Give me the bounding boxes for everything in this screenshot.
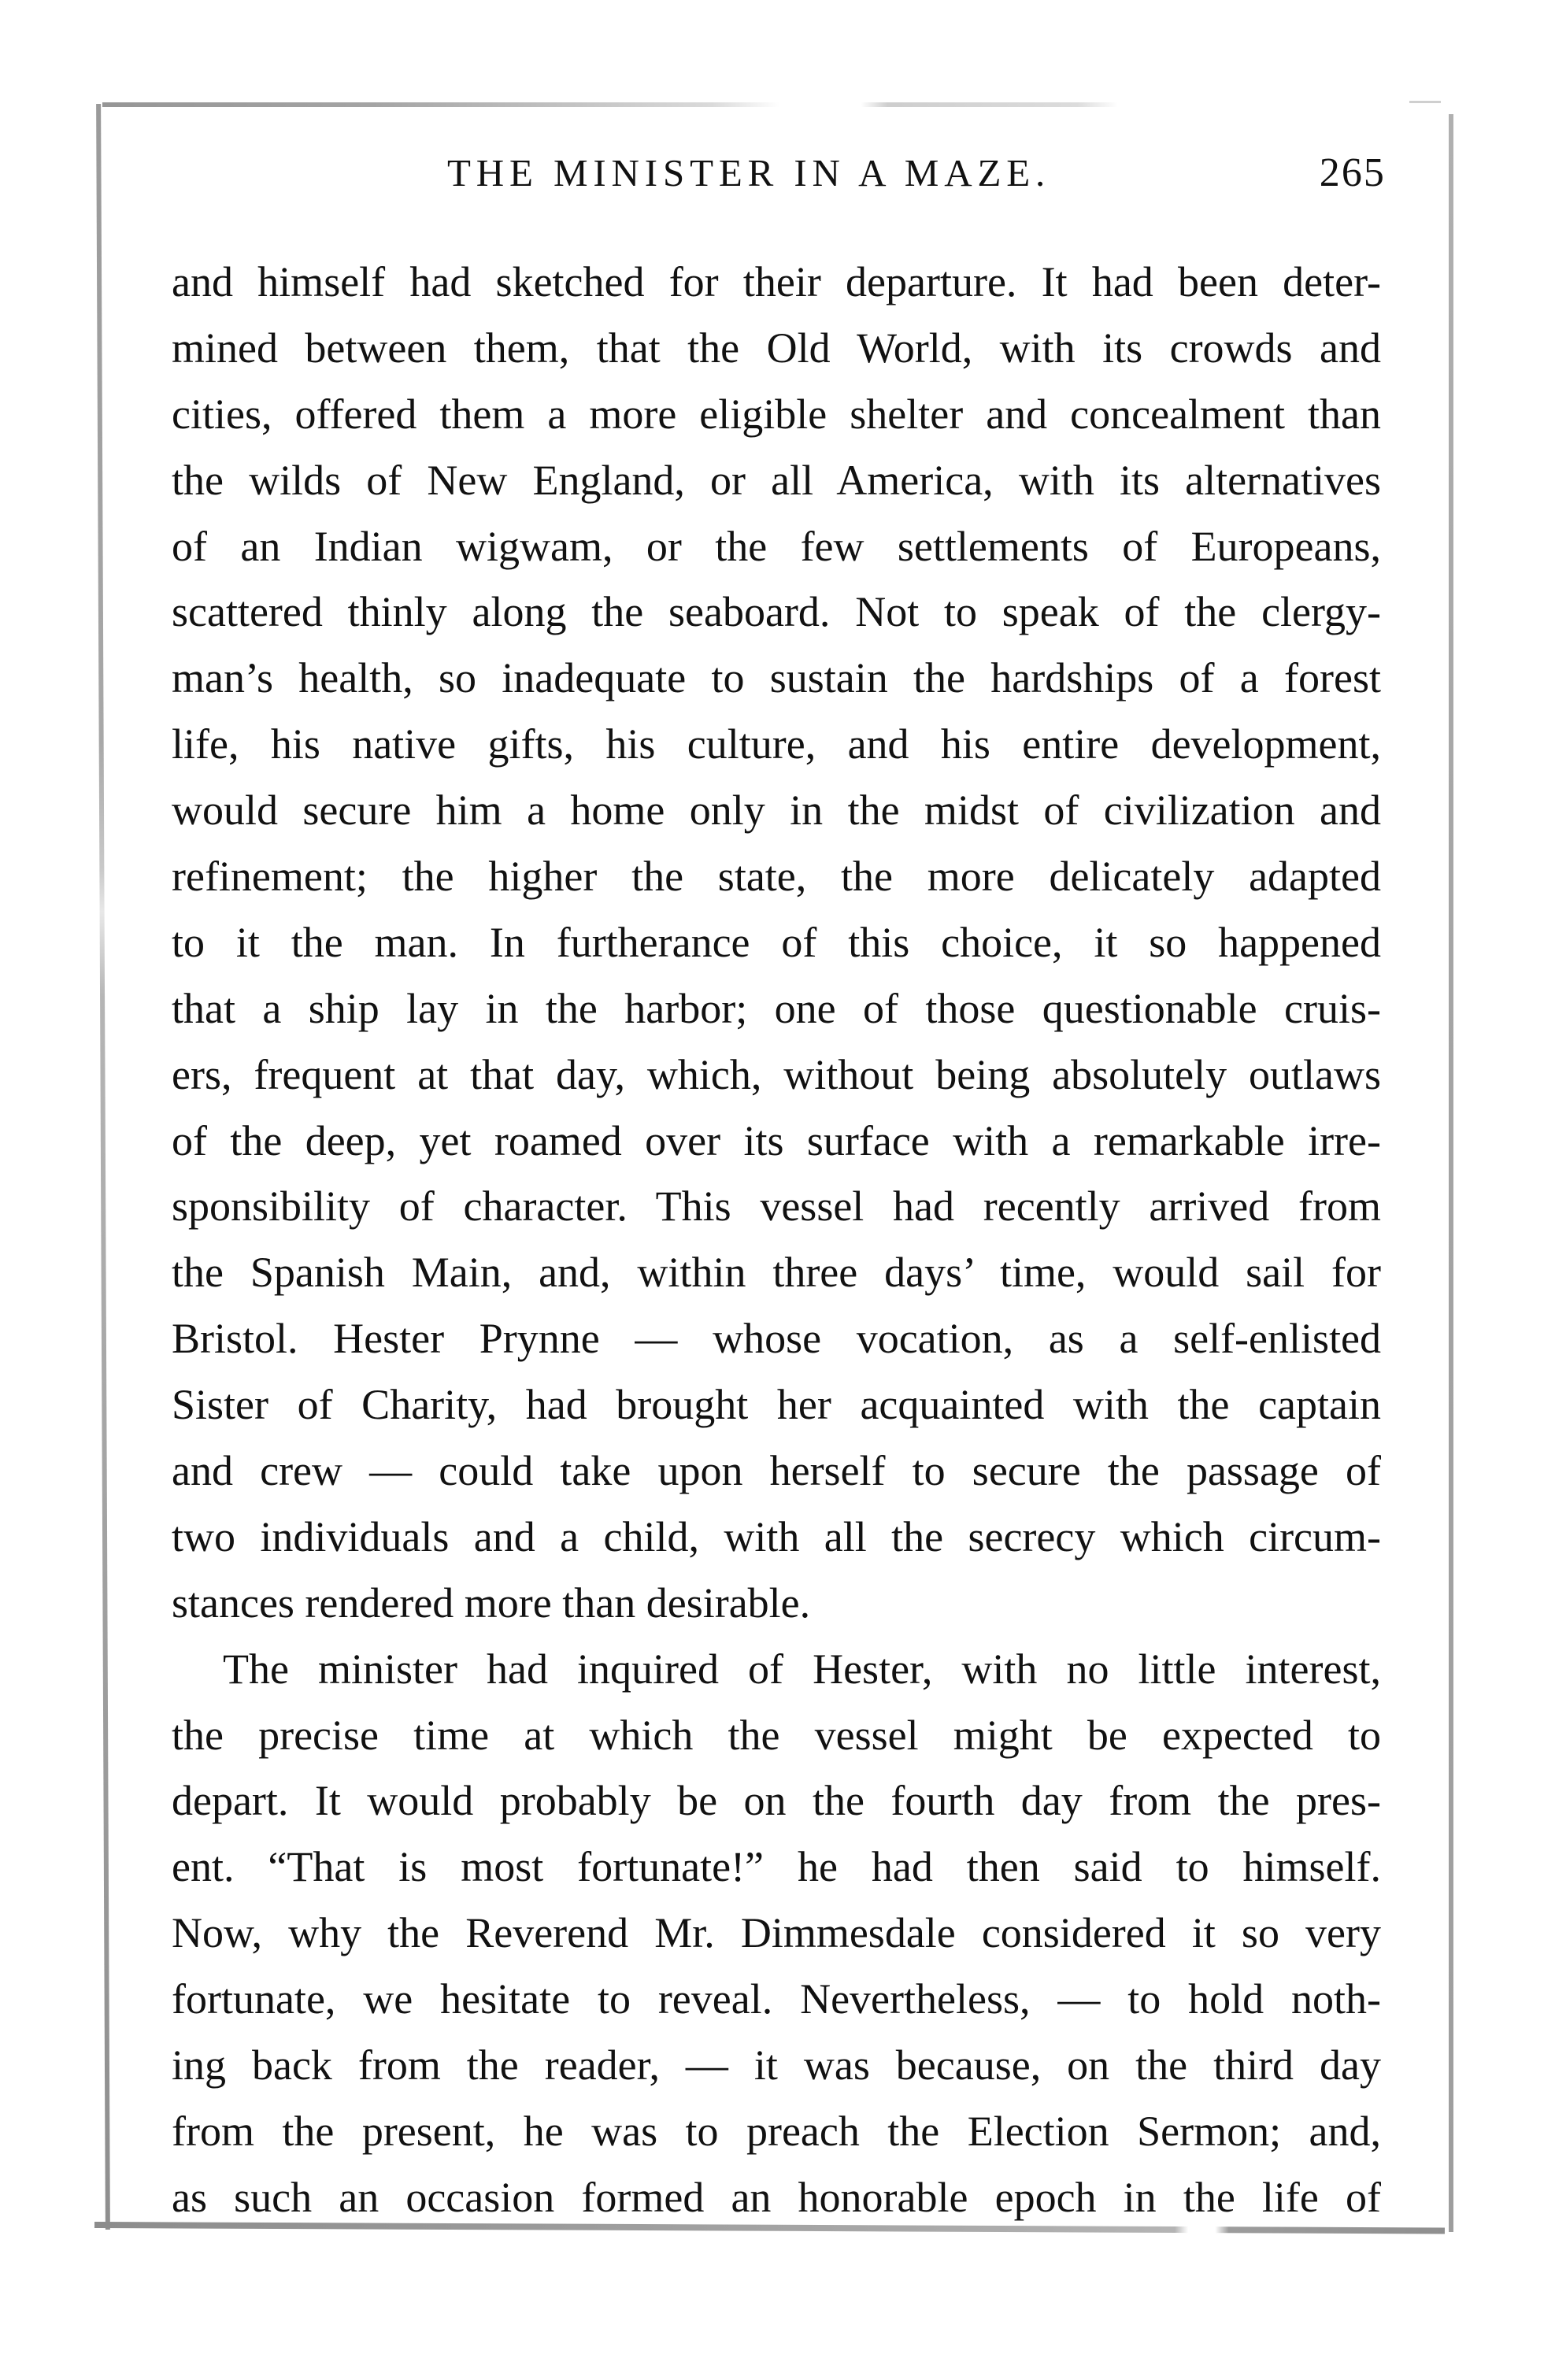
text-line: fortunate, we hesitate to reveal. Nevert… <box>172 1967 1381 2033</box>
page-border-top-fragment <box>1409 101 1441 103</box>
text-line: the wilds of New England, or all America… <box>172 448 1381 514</box>
text-line: mined between them, that the Old World, … <box>172 316 1381 382</box>
text-line: the precise time at which the vessel mig… <box>172 1703 1381 1769</box>
text-line: man’s health, so inadequate to sustain t… <box>172 646 1381 712</box>
text-line: stances rendered more than desirable. <box>172 1571 1381 1637</box>
text-line: life, his native gifts, his culture, and… <box>172 712 1381 778</box>
text-line: ing back from the reader, — it was becau… <box>172 2033 1381 2099</box>
text-line: ent. “That is most fortunate!” he had th… <box>172 1834 1381 1901</box>
text-line: two individuals and a child, with all th… <box>172 1505 1381 1571</box>
text-line: the Spanish Main, and, within three days… <box>172 1240 1381 1306</box>
text-line: refinement; the higher the state, the mo… <box>172 844 1381 910</box>
paragraph-1: and himself had sketched for their depar… <box>172 250 1381 1637</box>
text-line: to it the man. In furtherance of this ch… <box>172 910 1381 976</box>
page-border-left <box>96 104 110 2230</box>
text-line: sponsibility of character. This vessel h… <box>172 1174 1381 1240</box>
text-line: Bristol. Hester Prynne — whose vocation,… <box>172 1306 1381 1372</box>
text-line: of an Indian wigwam, or the few settleme… <box>172 514 1381 580</box>
page-border-right <box>1449 114 1453 2232</box>
text-line: as such an occasion formed an honorable … <box>172 2165 1381 2231</box>
page-number: 265 <box>1320 150 1386 197</box>
text-line: cities, offered them a more eligible she… <box>172 382 1381 448</box>
text-line: Sister of Charity, had brought her acqua… <box>172 1372 1381 1438</box>
text-line: that a ship lay in the harbor; one of th… <box>172 976 1381 1042</box>
text-line: and crew — could take upon herself to se… <box>172 1438 1381 1505</box>
text-line: Now, why the Reverend Mr. Dimmesdale con… <box>172 1901 1381 1967</box>
text-line: scattered thinly along the seaboard. Not… <box>172 579 1381 646</box>
text-line: would secure him a home only in the mids… <box>172 778 1381 844</box>
paragraph-2: The minister had inquired of Hester, wit… <box>172 1637 1381 2231</box>
text-line: from the present, he was to preach the E… <box>172 2099 1381 2165</box>
page-border-top <box>102 102 1457 107</box>
chapter-title: THE MINISTER IN A MAZE. <box>447 150 1050 197</box>
running-head: THE MINISTER IN A MAZE. 265 <box>172 150 1384 197</box>
text-line: ers, frequent at that day, which, withou… <box>172 1042 1381 1109</box>
text-line: The minister had inquired of Hester, wit… <box>172 1637 1381 1703</box>
text-line: and himself had sketched for their depar… <box>172 250 1381 316</box>
text-line: of the deep, yet roamed over its surface… <box>172 1109 1381 1175</box>
scanned-page: THE MINISTER IN A MAZE. 265 and himself … <box>0 0 1555 2380</box>
text-line: depart. It would probably be on the four… <box>172 1768 1381 1834</box>
body-text: and himself had sketched for their depar… <box>172 250 1381 2231</box>
